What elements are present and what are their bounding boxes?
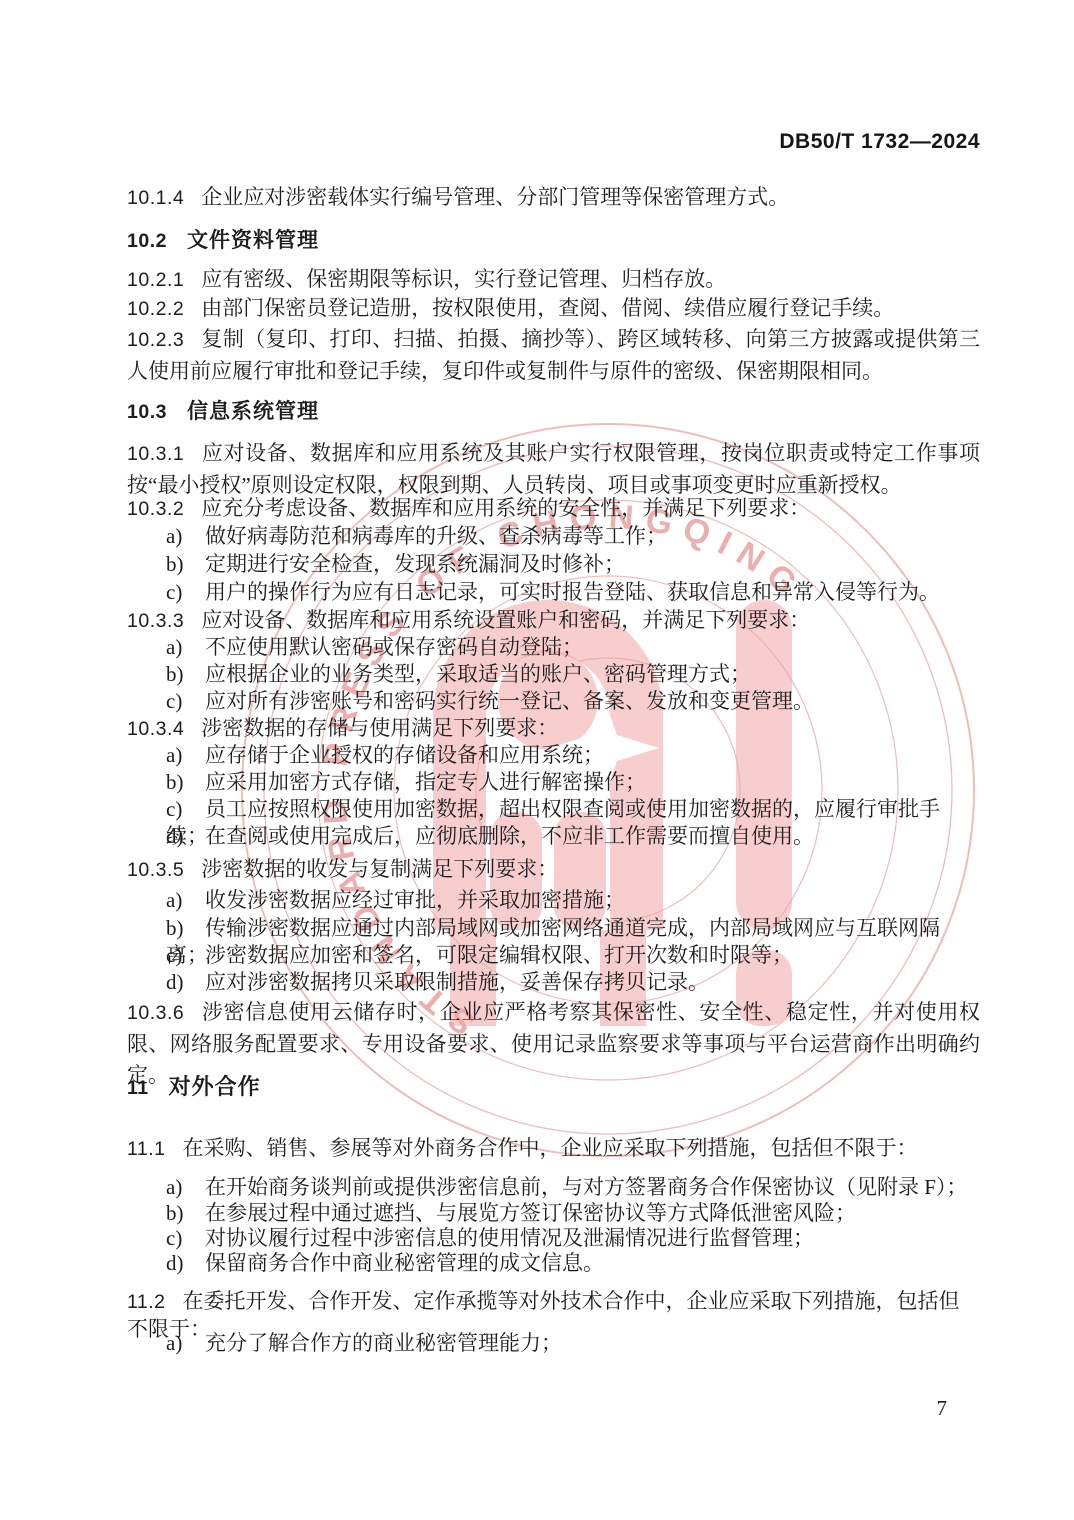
item-marker: d) bbox=[166, 1250, 191, 1277]
clause-number: 10.2.3 bbox=[127, 329, 184, 351]
item-text: 对协议履行过程中涉密信息的使用情况及泄漏情况进行监督管理； bbox=[205, 1226, 814, 1250]
list-item: b)应采用加密方式存储，指定专人进行解密操作； bbox=[127, 769, 980, 796]
item-text: 用户的操作行为应有日志记录，可实时报告登陆、获取信息和异常入侵等行为。 bbox=[205, 580, 940, 604]
item-marker: c) bbox=[166, 796, 191, 823]
item-marker: c) bbox=[166, 579, 191, 606]
section-heading-11: 11对外合作 bbox=[127, 1073, 980, 1102]
clause-10.3.4: 10.3.4涉密数据的存储与使用满足下列要求： bbox=[127, 715, 980, 743]
item-marker: c) bbox=[166, 688, 191, 715]
item-marker: a) bbox=[166, 634, 191, 661]
clause-text: 应充分考虑设备、数据库和应用系统的安全性，并满足下列要求： bbox=[201, 496, 810, 520]
clause-text: 涉密数据的收发与复制满足下列要求： bbox=[201, 857, 558, 881]
item-marker: a) bbox=[166, 1330, 191, 1357]
item-text: 定期进行安全检查，发现系统漏洞及时修补； bbox=[205, 552, 625, 576]
item-text: 不应使用默认密码或保存密码自动登陆； bbox=[205, 635, 583, 659]
section-title: 文件资料管理 bbox=[187, 229, 319, 252]
list-item: d)保留商务合作中商业秘密管理的成文信息。 bbox=[127, 1250, 980, 1277]
clause-number: 10.1.4 bbox=[127, 187, 184, 209]
standard-code-header: DB50/T 1732—2024 bbox=[127, 130, 980, 154]
page-number: 7 bbox=[127, 1396, 947, 1421]
clause-text: 企业应对涉密载体实行编号管理、分部门管理等保密管理方式。 bbox=[201, 185, 789, 209]
clause-10.2.1: 10.2.1应有密级、保密期限等标识，实行登记管理、归档存放。 bbox=[127, 266, 980, 294]
list-item: c)用户的操作行为应有日志记录，可实时报告登陆、获取信息和异常入侵等行为。 bbox=[127, 579, 980, 606]
item-text: 在参展过程中通过遮挡、与展览方签订保密协议等方式降低泄密风险； bbox=[205, 1201, 856, 1225]
clause-number: 10.3.6 bbox=[127, 1002, 184, 1024]
list-item: a)应存储于企业授权的存储设备和应用系统； bbox=[127, 742, 980, 769]
item-marker: d) bbox=[166, 823, 191, 850]
list-item: b)应根据企业的业务类型，采取适当的账户、密码管理方式； bbox=[127, 661, 980, 688]
clause-text: 涉密数据的存储与使用满足下列要求： bbox=[201, 716, 558, 740]
list-item: d)在查阅或使用完成后，应彻底删除，不应非工作需要而擅自使用。 bbox=[127, 823, 980, 850]
section-title: 对外合作 bbox=[169, 1074, 261, 1099]
item-marker: b) bbox=[166, 915, 191, 942]
clause-text: 在采购、销售、参展等对外商务合作中，企业应采取下列措施，包括但不限于： bbox=[183, 1136, 918, 1160]
list-item: c)涉密数据应加密和签名，可限定编辑权限、打开次数和时限等； bbox=[127, 942, 980, 969]
clause-text: 应对设备、数据库和应用系统设置账户和密码，并满足下列要求： bbox=[201, 608, 810, 632]
clause-number: 10.3.3 bbox=[127, 610, 184, 632]
item-text: 在查阅或使用完成后，应彻底删除，不应非工作需要而擅自使用。 bbox=[205, 824, 814, 848]
clause-number: 10.3.4 bbox=[127, 718, 184, 740]
list-item: a)在开始商务谈判前或提供涉密信息前，与对方签署商务合作保密协议（见附录 F）； bbox=[127, 1174, 980, 1201]
clause-text: 由部门保密员登记造册，按权限使用，查阅、借阅、续借应履行登记手续。 bbox=[201, 296, 894, 320]
section-heading-10.2: 10.2文件资料管理 bbox=[127, 227, 980, 255]
clause-number: 10.2.2 bbox=[127, 298, 184, 320]
clause-10.1.4: 10.1.4企业应对涉密载体实行编号管理、分部门管理等保密管理方式。 bbox=[127, 184, 980, 212]
clause-10.3.1: 10.3.1应对设备、数据库和应用系统及其账户实行权限管理，按岗位职责或特定工作… bbox=[127, 438, 980, 501]
clause-number: 10.3.2 bbox=[127, 498, 184, 520]
item-marker: d) bbox=[166, 969, 191, 996]
item-marker: a) bbox=[166, 887, 191, 914]
item-marker: b) bbox=[166, 769, 191, 796]
list-item: a)不应使用默认密码或保存密码自动登陆； bbox=[127, 634, 980, 661]
document-page: STANDARD PRESS OF CHONGQING DB50/T 1732—… bbox=[0, 0, 1074, 1520]
clause-number: 11.1 bbox=[127, 1138, 166, 1160]
item-text: 收发涉密数据应经过审批，并采取加密措施； bbox=[205, 888, 625, 912]
item-text: 应对所有涉密账号和密码实行统一登记、备案、发放和变更管理。 bbox=[205, 689, 814, 713]
item-text: 充分了解合作方的商业秘密管理能力； bbox=[205, 1331, 562, 1355]
clause-11.1: 11.1在采购、销售、参展等对外商务合作中，企业应采取下列措施，包括但不限于： bbox=[127, 1135, 980, 1163]
list-item: d)应对涉密数据拷贝采取限制措施，妥善保存拷贝记录。 bbox=[127, 969, 980, 996]
section-number: 11 bbox=[127, 1077, 149, 1099]
item-marker: c) bbox=[166, 1225, 191, 1252]
clause-number: 11.2 bbox=[127, 1291, 166, 1313]
item-marker: b) bbox=[166, 661, 191, 688]
item-marker: a) bbox=[166, 1174, 191, 1201]
item-text: 做好病毒防范和病毒库的升级、查杀病毒等工作； bbox=[205, 524, 667, 548]
clause-10.2.2: 10.2.2由部门保密员登记造册，按权限使用，查阅、借阅、续借应履行登记手续。 bbox=[127, 295, 980, 323]
clause-10.3.5: 10.3.5涉密数据的收发与复制满足下列要求： bbox=[127, 856, 980, 884]
item-text: 涉密数据应加密和签名，可限定编辑权限、打开次数和时限等； bbox=[205, 943, 793, 967]
item-marker: a) bbox=[166, 742, 191, 769]
item-text: 保留商务合作中商业秘密管理的成文信息。 bbox=[205, 1251, 604, 1275]
list-item: c)对协议履行过程中涉密信息的使用情况及泄漏情况进行监督管理； bbox=[127, 1225, 980, 1252]
section-number: 10.3 bbox=[127, 401, 167, 423]
item-marker: a) bbox=[166, 523, 191, 550]
clause-10.3.2: 10.3.2应充分考虑设备、数据库和应用系统的安全性，并满足下列要求： bbox=[127, 495, 980, 523]
clause-number: 10.2.1 bbox=[127, 269, 184, 291]
section-heading-10.3: 10.3信息系统管理 bbox=[127, 398, 980, 426]
clause-text: 复制（复印、打印、扫描、拍摄、摘抄等）、跨区域转移、向第三方披露或提供第三人使用… bbox=[127, 327, 980, 383]
item-marker: b) bbox=[166, 1200, 191, 1227]
item-text: 应根据企业的业务类型，采取适当的账户、密码管理方式； bbox=[205, 662, 751, 686]
list-item: a)做好病毒防范和病毒库的升级、查杀病毒等工作； bbox=[127, 523, 980, 550]
clause-number: 10.3.5 bbox=[127, 859, 184, 881]
item-text: 在开始商务谈判前或提供涉密信息前，与对方签署商务合作保密协议（见附录 F）； bbox=[205, 1175, 967, 1199]
list-item: c)应对所有涉密账号和密码实行统一登记、备案、发放和变更管理。 bbox=[127, 688, 980, 715]
list-item: a)充分了解合作方的商业秘密管理能力； bbox=[127, 1330, 980, 1357]
list-item: b)定期进行安全检查，发现系统漏洞及时修补； bbox=[127, 551, 980, 578]
item-text: 应存储于企业授权的存储设备和应用系统； bbox=[205, 743, 604, 767]
item-text: 应对涉密数据拷贝采取限制措施，妥善保存拷贝记录。 bbox=[205, 970, 709, 994]
clause-10.2.3: 10.2.3复制（复印、打印、扫描、拍摄、摘抄等）、跨区域转移、向第三方披露或提… bbox=[127, 324, 980, 387]
clause-10.3.3: 10.3.3应对设备、数据库和应用系统设置账户和密码，并满足下列要求： bbox=[127, 607, 980, 635]
item-marker: b) bbox=[166, 551, 191, 578]
clause-number: 10.3.1 bbox=[127, 443, 184, 465]
item-text: 应采用加密方式存储，指定专人进行解密操作； bbox=[205, 770, 646, 794]
list-item: a)收发涉密数据应经过审批，并采取加密措施； bbox=[127, 887, 980, 914]
clause-text: 应对设备、数据库和应用系统及其账户实行权限管理，按岗位职责或特定工作事项按“最小… bbox=[127, 441, 980, 497]
clause-text: 应有密级、保密期限等标识，实行登记管理、归档存放。 bbox=[201, 267, 726, 291]
list-item: b)在参展过程中通过遮挡、与展览方签订保密协议等方式降低泄密风险； bbox=[127, 1200, 980, 1227]
section-number: 10.2 bbox=[127, 230, 167, 252]
section-title: 信息系统管理 bbox=[187, 400, 319, 423]
item-marker: c) bbox=[166, 942, 191, 969]
